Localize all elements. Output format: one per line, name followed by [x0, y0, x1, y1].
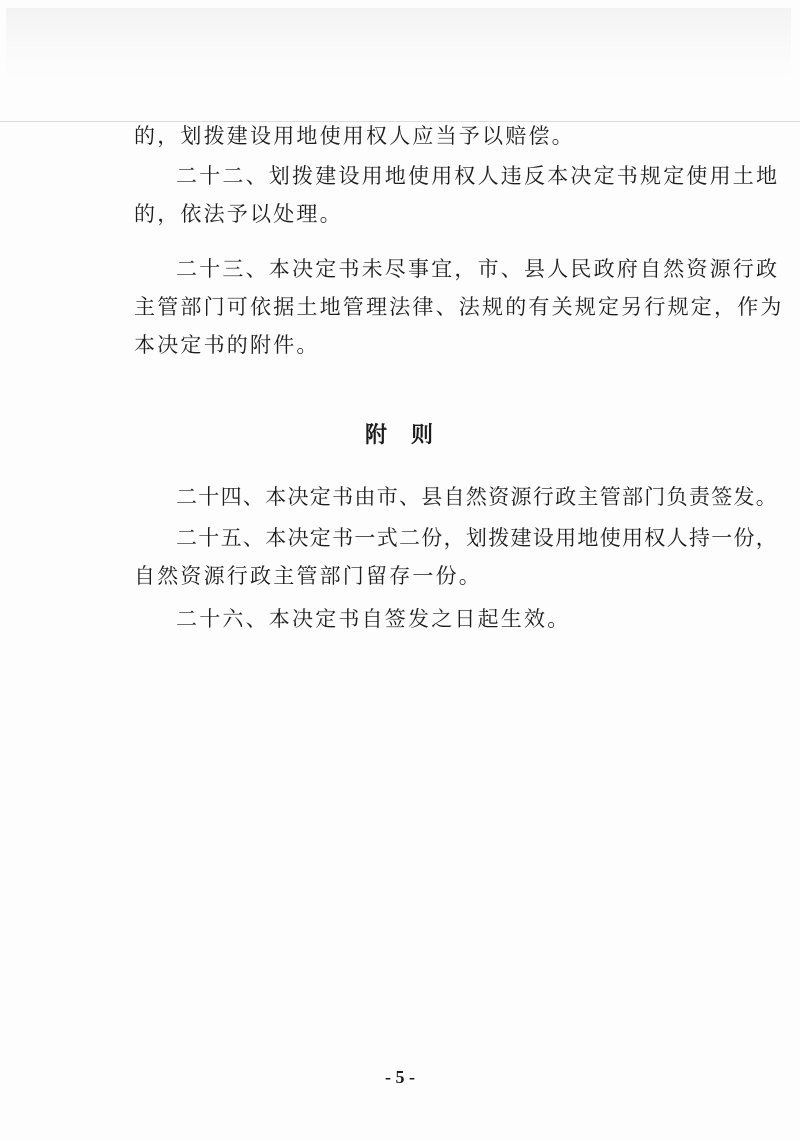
text-line: 二十六、本决定书自签发之日起生效。 — [134, 600, 694, 638]
scan-shadow — [6, 8, 791, 78]
heading-char-1: 附 — [365, 423, 389, 448]
section-heading-supplementary-provisions: 附则 — [0, 418, 800, 449]
paragraph-22: 二十二、划拨建设用地使用权人违反本决定书规定使用土地 的，依法予以处理。 — [134, 157, 694, 233]
text-line: 二十四、本决定书由市、县自然资源行政主管部门负责签发。 — [134, 478, 694, 516]
text-line: 主管部门可依据土地管理法律、法规的有关规定另行规定，作为 — [134, 288, 694, 326]
text-line: 二十二、划拨建设用地使用权人违反本决定书规定使用土地 — [134, 157, 694, 195]
text-line: 二十五、本决定书一式二份，划拨建设用地使用权人持一份， — [134, 519, 694, 557]
paragraph-24: 二十四、本决定书由市、县自然资源行政主管部门负责签发。 — [134, 478, 694, 516]
text-line: 自然资源行政主管部门留存一份。 — [134, 557, 694, 595]
text-line: 本决定书的附件。 — [134, 326, 694, 364]
paragraph-21-continuation: 的，划拨建设用地使用权人应当予以赔偿。 — [134, 117, 694, 155]
paragraph-26: 二十六、本决定书自签发之日起生效。 — [134, 600, 694, 638]
text-line: 的，划拨建设用地使用权人应当予以赔偿。 — [134, 117, 694, 155]
text-line: 的，依法予以处理。 — [134, 195, 694, 233]
heading-char-2: 则 — [411, 423, 435, 448]
page-number: - 5 - — [0, 1067, 800, 1088]
paragraph-25: 二十五、本决定书一式二份，划拨建设用地使用权人持一份， 自然资源行政主管部门留存… — [134, 519, 694, 595]
text-line: 二十三、本决定书未尽事宜，市、县人民政府自然资源行政 — [134, 250, 694, 288]
paragraph-23: 二十三、本决定书未尽事宜，市、县人民政府自然资源行政 主管部门可依据土地管理法律… — [134, 250, 694, 364]
document-page: 的，划拨建设用地使用权人应当予以赔偿。 二十二、划拨建设用地使用权人违反本决定书… — [0, 0, 800, 1141]
